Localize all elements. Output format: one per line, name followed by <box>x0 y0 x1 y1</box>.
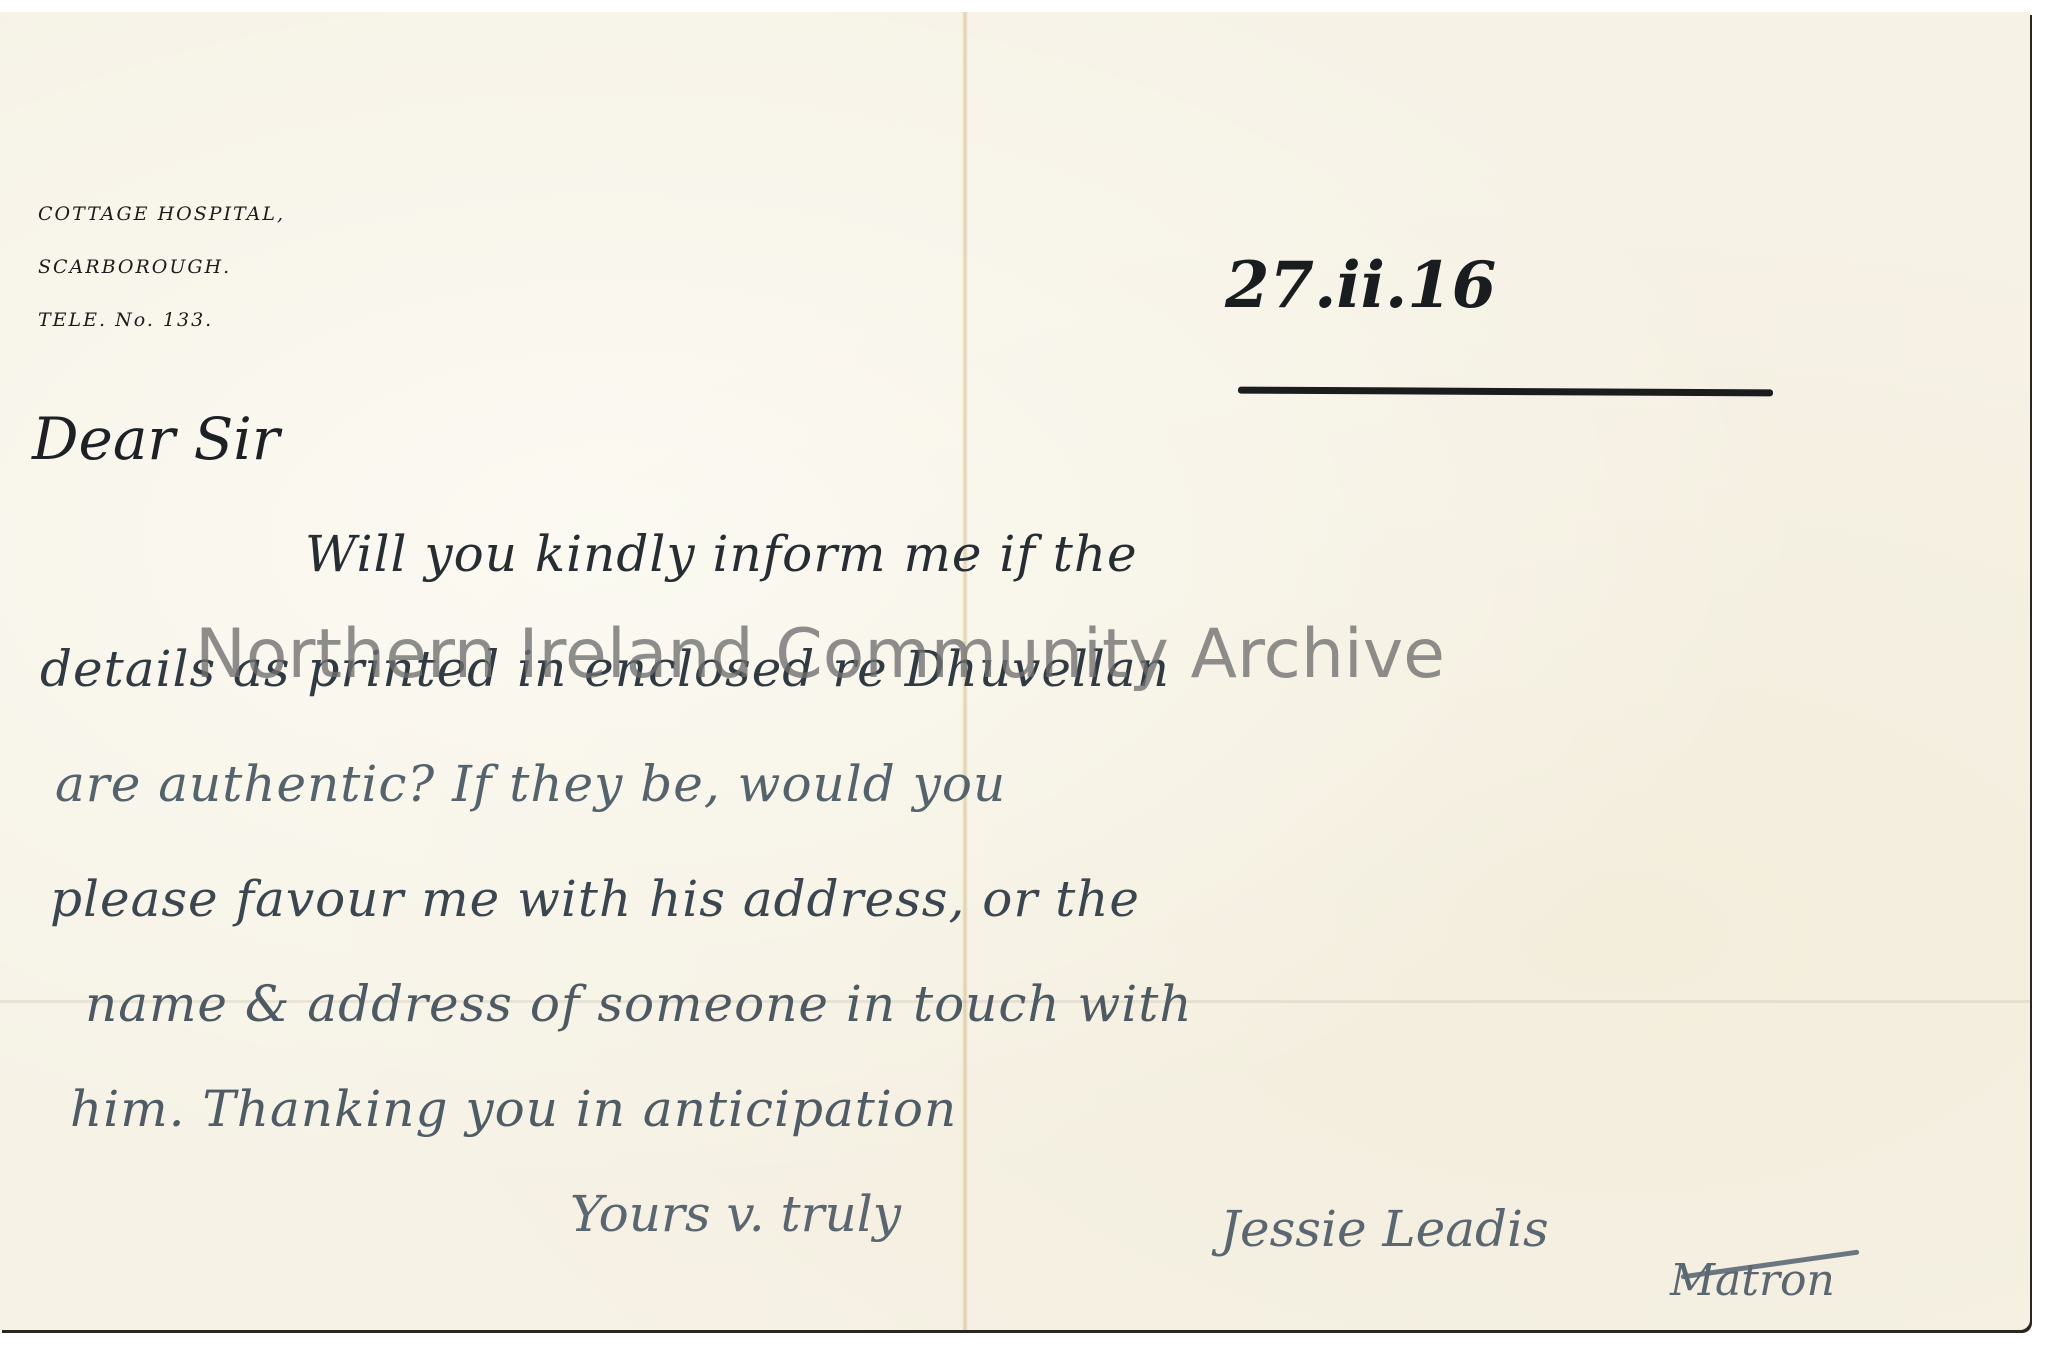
body-line: details as printed in enclosed re Dhuvel… <box>40 640 1170 698</box>
signature: Jessie Leadis <box>1220 1200 1549 1258</box>
body-line: please favour me with his address, or th… <box>50 870 1140 928</box>
letterhead-telephone: TELE. No. 133. <box>38 294 285 347</box>
body-line: are authentic? If they be, would you <box>55 755 1006 813</box>
body-line: Will you kindly inform me if the <box>305 525 1138 583</box>
body-line: him. Thanking you in anticipation <box>70 1080 957 1138</box>
salutation: Dear Sir <box>32 405 280 473</box>
letterhead: COTTAGE HOSPITAL, SCARBOROUGH. TELE. No.… <box>38 188 285 347</box>
letter-date: 27.ii.16 <box>1225 248 1496 323</box>
body-line: name & address of someone in touch with <box>85 975 1193 1033</box>
closing: Yours v. truly <box>570 1185 901 1243</box>
signatory-title: Matron <box>1670 1255 1835 1306</box>
letterhead-town: SCARBOROUGH. <box>38 241 285 294</box>
letterhead-institution: COTTAGE HOSPITAL, <box>38 188 285 241</box>
